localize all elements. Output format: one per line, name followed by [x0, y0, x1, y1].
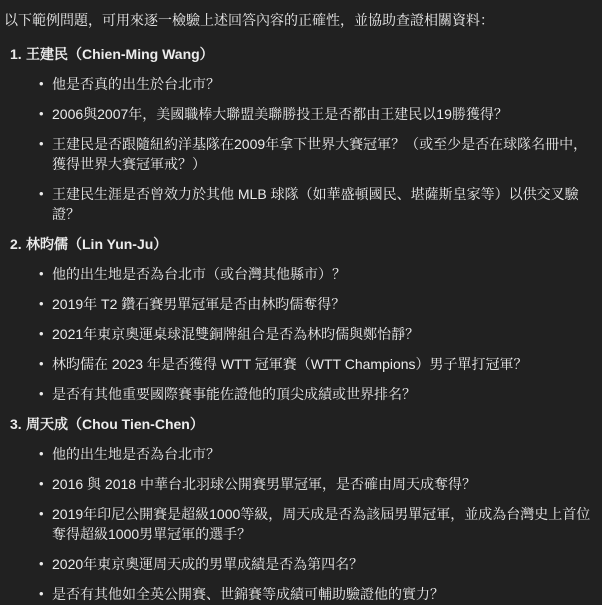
section-title: 林昀儒（Lin Yun-Ju）	[26, 234, 594, 254]
bullet-icon: •	[39, 264, 52, 284]
section-header: 3. 周天成（Chou Tien-Chen）	[10, 414, 594, 434]
bullet-item: • 他是否真的出生於台北市？	[4, 74, 594, 94]
bullet-text: 王建民生涯是否曾效力於其他 MLB 球隊（如華盛頓國民、堪薩斯皇家等）以供交叉驗…	[52, 184, 592, 224]
bullet-icon: •	[39, 584, 52, 604]
section-lin: 2. 林昀儒（Lin Yun-Ju） • 他的出生地是否為台北市（或台灣其他縣市…	[4, 234, 594, 404]
bullet-item: • 王建民是否跟隨紐約洋基隊在2009年拿下世界大賽冠軍？（或至少是否在球隊名冊…	[4, 134, 594, 174]
bullet-list: • 他的出生地是否為台北市？ • 2016 與 2018 中華台北羽球公開賽男單…	[4, 444, 594, 604]
bullet-item: • 林昀儒在 2023 年是否獲得 WTT 冠軍賽（WTT Champions）…	[4, 354, 594, 374]
bullet-icon: •	[39, 324, 52, 344]
section-title: 王建民（Chien-Ming Wang）	[26, 44, 594, 64]
section-header: 1. 王建民（Chien-Ming Wang）	[10, 44, 594, 64]
answer-content: 以下範例問題，可用來逐一檢驗上述回答內容的正確性，並協助查證相關資料： 1. 王…	[0, 0, 602, 605]
section-number: 1.	[10, 44, 26, 64]
bullet-icon: •	[39, 354, 52, 374]
bullet-icon: •	[39, 294, 52, 314]
section-number: 3.	[10, 414, 26, 434]
bullet-item: • 2019年 T2 鑽石賽男單冠軍是否由林昀儒奪得？	[4, 294, 594, 314]
bullet-text: 2021年東京奧運桌球混雙銅牌組合是否為林昀儒與鄭怡靜？	[52, 324, 592, 344]
section-number: 2.	[10, 234, 26, 254]
bullet-icon: •	[39, 104, 52, 124]
bullet-icon: •	[39, 384, 52, 404]
intro-text: 以下範例問題，可用來逐一檢驗上述回答內容的正確性，並協助查證相關資料：	[4, 10, 594, 30]
bullet-icon: •	[39, 474, 52, 494]
bullet-icon: •	[39, 504, 52, 524]
bullet-text: 是否有其他如全英公開賽、世錦賽等成績可輔助驗證他的實力？	[52, 584, 592, 604]
section-chou: 3. 周天成（Chou Tien-Chen） • 他的出生地是否為台北市？ • …	[4, 414, 594, 604]
bullet-text: 是否有其他重要國際賽事能佐證他的頂尖成績或世界排名？	[52, 384, 592, 404]
bullet-item: • 是否有其他重要國際賽事能佐證他的頂尖成績或世界排名？	[4, 384, 594, 404]
bullet-icon: •	[39, 74, 52, 94]
bullet-item: • 他的出生地是否為台北市？	[4, 444, 594, 464]
bullet-item: • 2020年東京奧運周天成的男單成績是否為第四名？	[4, 554, 594, 574]
section-header: 2. 林昀儒（Lin Yun-Ju）	[10, 234, 594, 254]
bullet-text: 他是否真的出生於台北市？	[52, 74, 592, 94]
bullet-item: • 2006與2007年，美國職棒大聯盟美聯勝投王是否都由王建民以19勝獲得？	[4, 104, 594, 124]
bullet-icon: •	[39, 444, 52, 464]
bullet-text: 王建民是否跟隨紐約洋基隊在2009年拿下世界大賽冠軍？（或至少是否在球隊名冊中，…	[52, 134, 592, 174]
bullet-item: • 2019年印尼公開賽是超級1000等級，周天成是否為該屆男單冠軍，並成為台灣…	[4, 504, 594, 544]
bullet-item: • 2016 與 2018 中華台北羽球公開賽男單冠軍，是否確由周天成奪得？	[4, 474, 594, 494]
bullet-text: 2006與2007年，美國職棒大聯盟美聯勝投王是否都由王建民以19勝獲得？	[52, 104, 592, 124]
bullet-icon: •	[39, 134, 52, 154]
section-wang: 1. 王建民（Chien-Ming Wang） • 他是否真的出生於台北市？ •…	[4, 44, 594, 224]
bullet-icon: •	[39, 554, 52, 574]
bullet-icon: •	[39, 184, 52, 204]
section-title: 周天成（Chou Tien-Chen）	[26, 414, 594, 434]
bullet-text: 林昀儒在 2023 年是否獲得 WTT 冠軍賽（WTT Champions）男子…	[52, 354, 592, 374]
bullet-text: 2019年印尼公開賽是超級1000等級，周天成是否為該屆男單冠軍，並成為台灣史上…	[52, 504, 592, 544]
bullet-item: • 2021年東京奧運桌球混雙銅牌組合是否為林昀儒與鄭怡靜？	[4, 324, 594, 344]
bullet-list: • 他的出生地是否為台北市（或台灣其他縣市）？ • 2019年 T2 鑽石賽男單…	[4, 264, 594, 404]
bullet-list: • 他是否真的出生於台北市？ • 2006與2007年，美國職棒大聯盟美聯勝投王…	[4, 74, 594, 224]
bullet-item: • 他的出生地是否為台北市（或台灣其他縣市）？	[4, 264, 594, 284]
bullet-text: 他的出生地是否為台北市（或台灣其他縣市）？	[52, 264, 592, 284]
bullet-item: • 是否有其他如全英公開賽、世錦賽等成績可輔助驗證他的實力？	[4, 584, 594, 604]
bullet-text: 2016 與 2018 中華台北羽球公開賽男單冠軍，是否確由周天成奪得？	[52, 474, 592, 494]
bullet-text: 他的出生地是否為台北市？	[52, 444, 592, 464]
bullet-text: 2020年東京奧運周天成的男單成績是否為第四名？	[52, 554, 592, 574]
bullet-item: • 王建民生涯是否曾效力於其他 MLB 球隊（如華盛頓國民、堪薩斯皇家等）以供交…	[4, 184, 594, 224]
bullet-text: 2019年 T2 鑽石賽男單冠軍是否由林昀儒奪得？	[52, 294, 592, 314]
